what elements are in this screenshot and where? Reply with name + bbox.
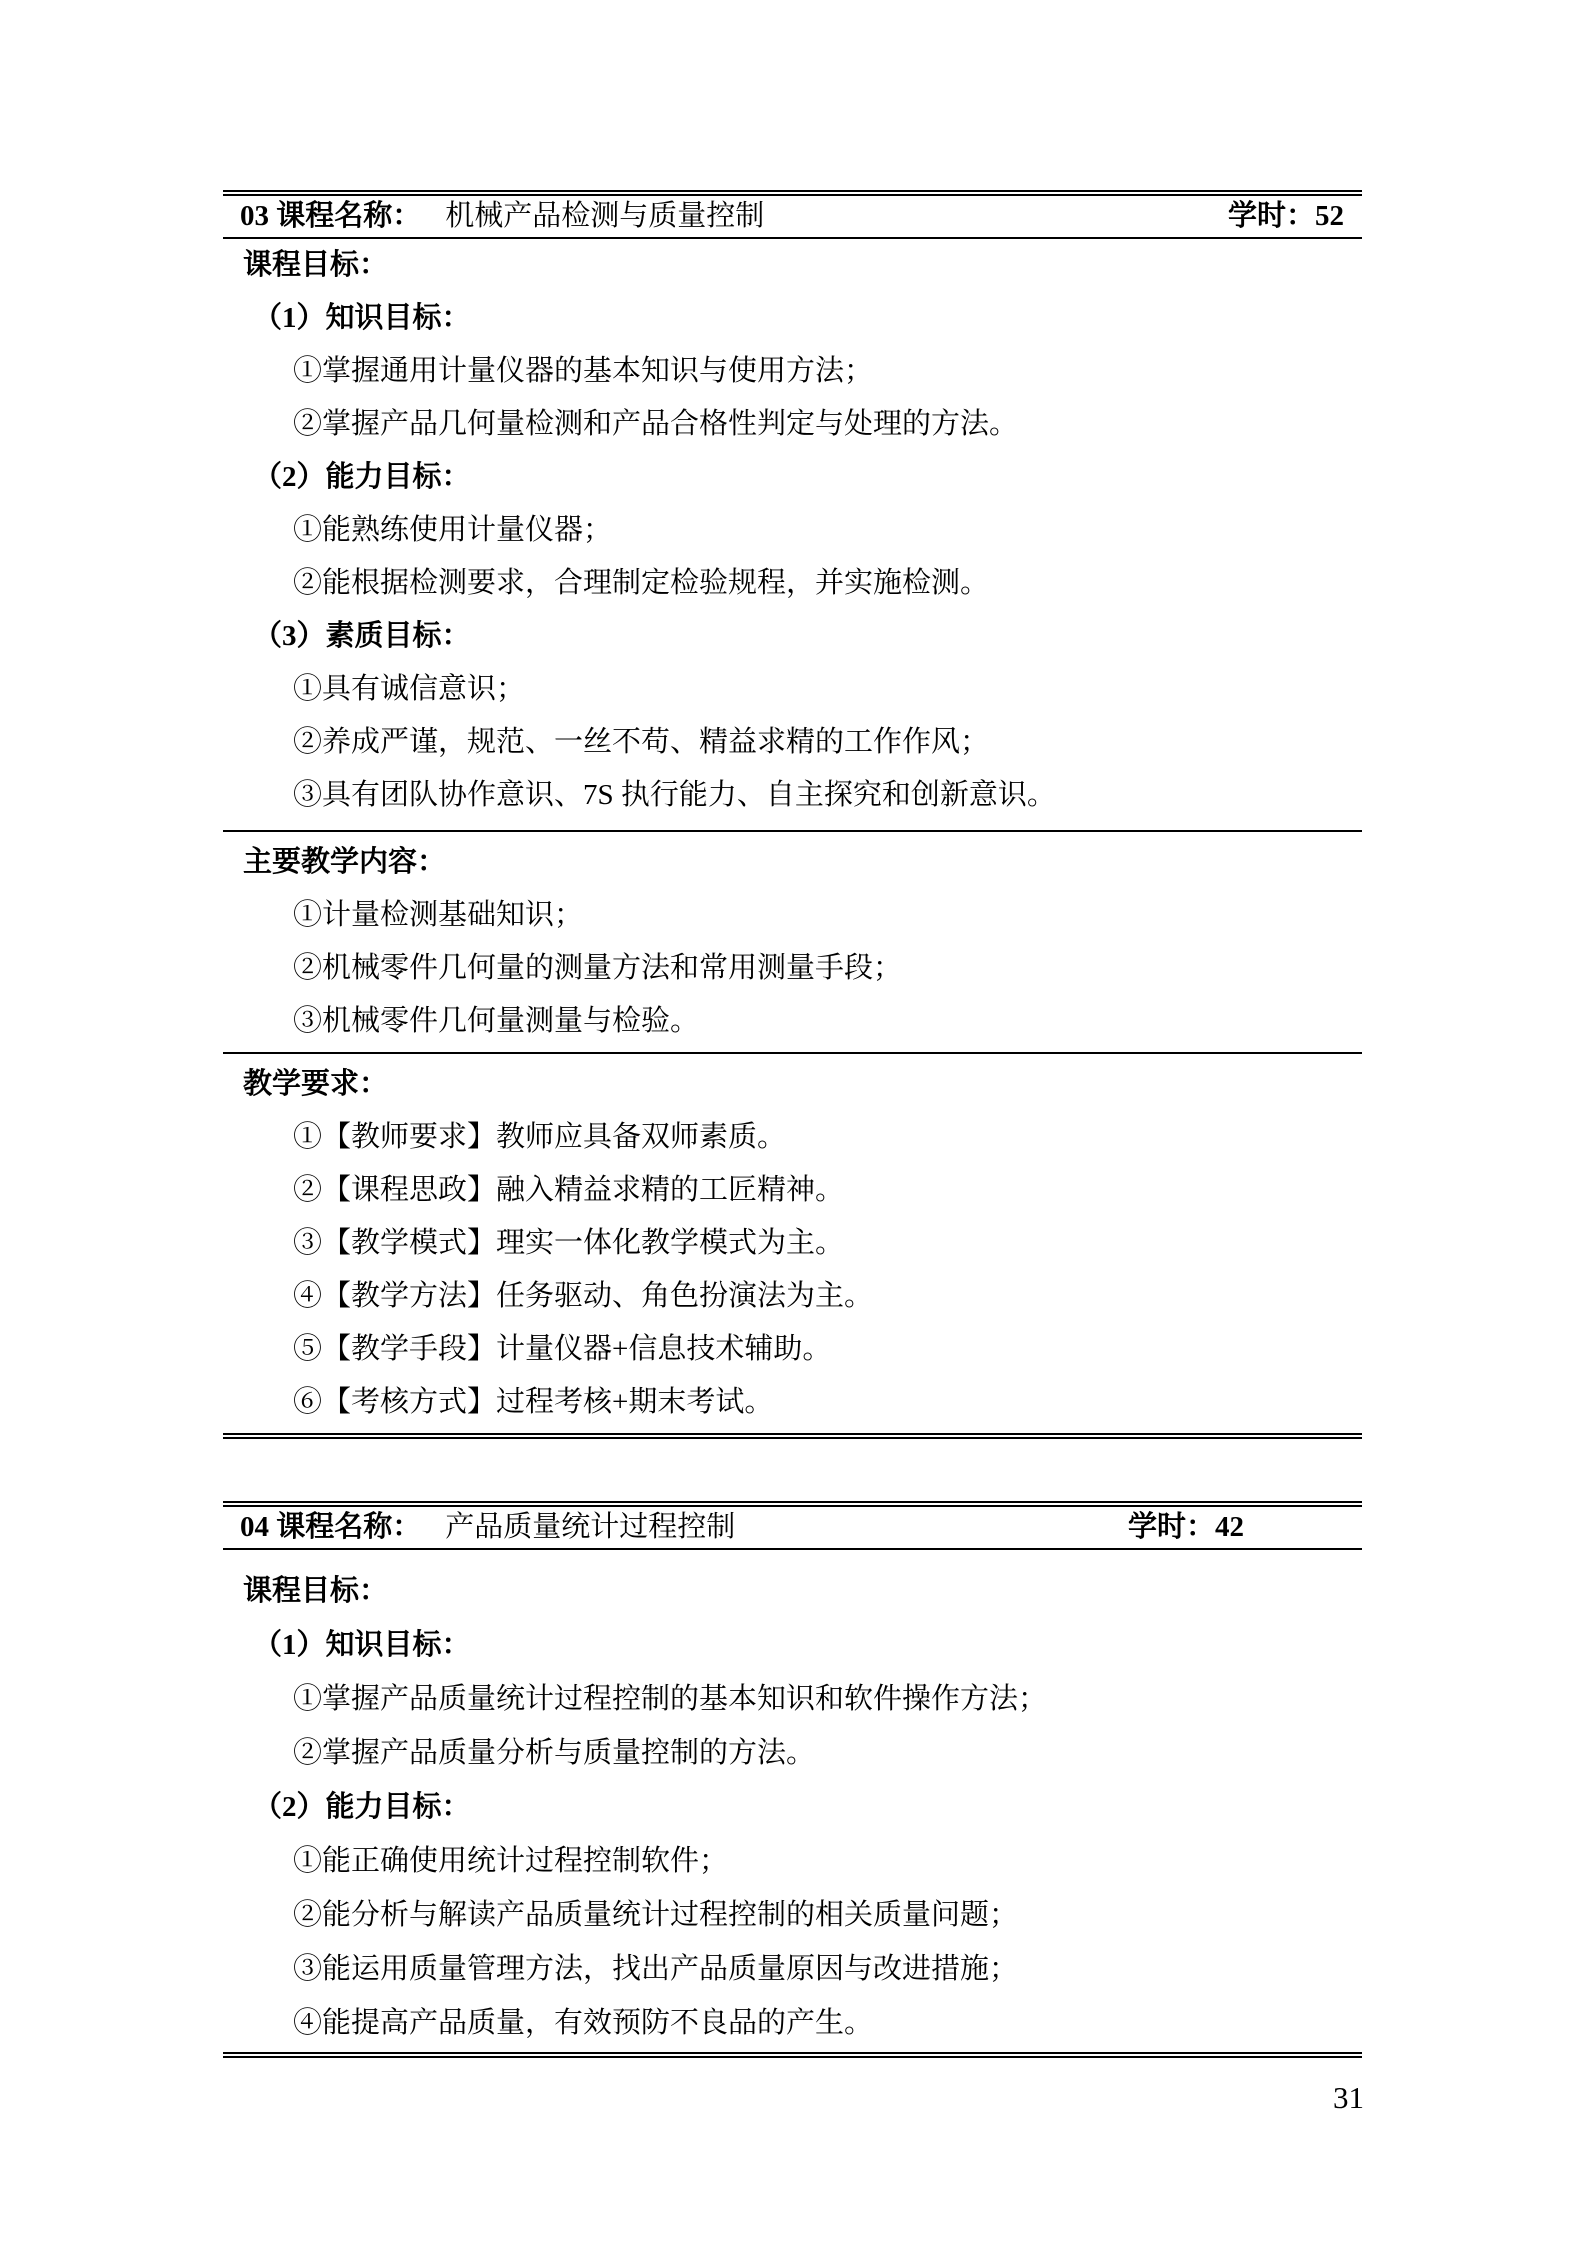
course-hours-value: 52: [1315, 200, 1344, 232]
objective-item: ①能熟练使用计量仪器；: [223, 504, 1362, 557]
objective-heading: （3）素质目标：: [223, 610, 1362, 663]
course-header-04: 04 课程名称：产品质量统计过程控制 学时：42: [223, 1507, 1362, 1550]
course-hours-label: 学时：: [1228, 200, 1315, 232]
objective-item: ①能正确使用统计过程控制软件；: [223, 1834, 1362, 1888]
requirement-item: ③【教学模式】理实一体化教学模式为主。: [223, 1217, 1362, 1270]
requirement-item: ⑥【考核方式】过程考核+期末考试。: [223, 1376, 1362, 1429]
course-objectives-block: 课程目标： （1）知识目标： ①掌握通用计量仪器的基本知识与使用方法； ②掌握产…: [223, 239, 1362, 830]
objective-heading: （1）知识目标：: [223, 1618, 1362, 1672]
course-hours: 学时：52: [1228, 196, 1344, 237]
block-title: 主要教学内容：: [223, 836, 1362, 889]
course-header-03: 03 课程名称：机械产品检测与质量控制 学时：52: [223, 196, 1362, 239]
course-name-value: 产品质量统计过程控制: [445, 1511, 735, 1543]
objective-heading: （2）能力目标：: [223, 451, 1362, 504]
objective-item: ③能运用质量管理方法，找出产品质量原因与改进措施；: [223, 1942, 1362, 1996]
objective-item: ②养成严谨，规范、一丝不苟、精益求精的工作作风；: [223, 716, 1362, 769]
course-objectives-block: 课程目标： （1）知识目标： ①掌握产品质量统计过程控制的基本知识和软件操作方法…: [223, 1550, 1362, 2052]
content-item: ①计量检测基础知识；: [223, 889, 1362, 942]
course-hours: 学时：42: [1128, 1507, 1244, 1548]
objective-item: ②掌握产品质量分析与质量控制的方法。: [223, 1726, 1362, 1780]
block-title: 教学要求：: [223, 1058, 1362, 1111]
course-table-03: 03 课程名称：机械产品检测与质量控制 学时：52 课程目标： （1）知识目标：…: [223, 190, 1362, 1439]
objective-item: ②能根据检测要求，合理制定检验规程，并实施检测。: [223, 557, 1362, 610]
course-hours-label: 学时：: [1128, 1511, 1215, 1543]
course-name-value: 机械产品检测与质量控制: [445, 200, 764, 232]
objective-item: ④能提高产品质量，有效预防不良品的产生。: [223, 1996, 1362, 2050]
objective-item: ①具有诚信意识；: [223, 663, 1362, 716]
objective-heading: （1）知识目标：: [223, 292, 1362, 345]
teaching-content-block: 主要教学内容： ①计量检测基础知识； ②机械零件几何量的测量方法和常用测量手段；…: [223, 830, 1362, 1052]
objective-item: ①掌握通用计量仪器的基本知识与使用方法；: [223, 345, 1362, 398]
content-item: ②机械零件几何量的测量方法和常用测量手段；: [223, 942, 1362, 995]
course-name-label: 04 课程名称：: [240, 1511, 421, 1543]
requirement-item: ⑤【教学手段】计量仪器+信息技术辅助。: [223, 1323, 1362, 1376]
course-hours-value: 42: [1215, 1511, 1244, 1543]
objective-item: ①掌握产品质量统计过程控制的基本知识和软件操作方法；: [223, 1672, 1362, 1726]
course-table-04: 04 课程名称：产品质量统计过程控制 学时：42 课程目标： （1）知识目标： …: [223, 1501, 1362, 2058]
course-name-label: 03 课程名称：: [240, 200, 421, 232]
block-title: 课程目标：: [223, 1564, 1362, 1618]
requirement-item: ②【课程思政】融入精益求精的工匠精神。: [223, 1164, 1362, 1217]
page-number: 31: [1333, 2080, 1364, 2116]
objective-item: ②掌握产品几何量检测和产品合格性判定与处理的方法。: [223, 398, 1362, 451]
requirement-item: ④【教学方法】任务驱动、角色扮演法为主。: [223, 1270, 1362, 1323]
objective-heading: （2）能力目标：: [223, 1780, 1362, 1834]
content-item: ③机械零件几何量测量与检验。: [223, 995, 1362, 1048]
teaching-requirements-block: 教学要求： ①【教师要求】教师应具备双师素质。 ②【课程思政】融入精益求精的工匠…: [223, 1052, 1362, 1433]
objective-item: ②能分析与解读产品质量统计过程控制的相关质量问题；: [223, 1888, 1362, 1942]
document-page: 03 课程名称：机械产品检测与质量控制 学时：52 课程目标： （1）知识目标：…: [0, 0, 1587, 2245]
requirement-item: ①【教师要求】教师应具备双师素质。: [223, 1111, 1362, 1164]
block-title: 课程目标：: [223, 239, 1362, 292]
objective-item: ③具有团队协作意识、7S 执行能力、自主探究和创新意识。: [223, 769, 1362, 822]
